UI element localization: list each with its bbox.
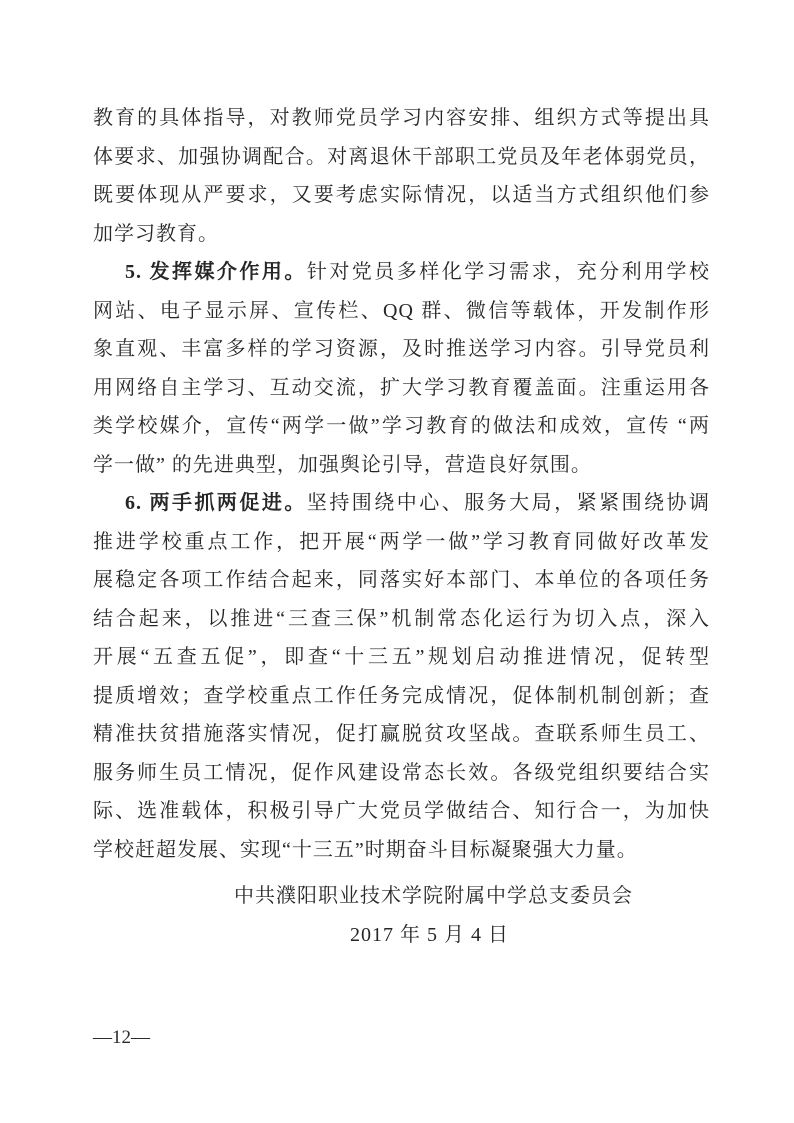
text-line: 象直观、丰富多样的学习资源，及时推送学习内容。引导党员利 xyxy=(93,330,710,369)
text-line: 5. 发挥媒介作用。针对党员多样化学习需求，充分利用学校 xyxy=(93,253,710,292)
text-run: 用网络自主学习、互动交流，扩大学习教育覆盖面。注重运用各 xyxy=(93,377,710,399)
text-line: 类学校媒介，宣传“两学一做”学习教育的做法和成效，宣传 “两 xyxy=(93,407,710,446)
text-line: 服务师生员工情况，促作风建设常态长效。各级党组织要结合实 xyxy=(93,754,710,793)
text-run: 坚持围绕中心、服务大局，紧紧围绕协调 xyxy=(307,492,710,514)
text-run: 体要求、加强协调配合。对离退休干部职工党员及年老体弱党员， xyxy=(93,146,710,168)
text-run: 学一做” 的先进典型，加强舆论引导，营造良好氛围。 xyxy=(93,454,592,476)
text-line: 用网络自主学习、互动交流，扩大学习教育覆盖面。注重运用各 xyxy=(93,369,710,408)
text-run: 网站、电子显示屏、宣传栏、QQ 群、微信等载体，开发制作形 xyxy=(93,300,710,322)
paragraph-heading: 5. 发挥媒介作用。 xyxy=(125,261,307,283)
text-run: 类学校媒介，宣传“两学一做”学习教育的做法和成效，宣传 “两 xyxy=(93,415,710,437)
text-run: 加学习教育。 xyxy=(93,223,219,245)
text-run: 提质增效；查学校重点工作任务完成情况，促体制机制创新；查 xyxy=(93,685,710,707)
signature-line: 中共濮阳职业技术学院附属中学总支委员会 xyxy=(93,877,710,916)
signature-block: 中共濮阳职业技术学院附属中学总支委员会 2017 年 5 月 4 日 xyxy=(93,877,710,954)
text-line: 际、选准载体，积极引导广大党员学做结合、知行合一，为加快 xyxy=(93,792,710,831)
text-line: 学一做” 的先进典型，加强舆论引导，营造良好氛围。 xyxy=(93,446,710,485)
text-line: 教育的具体指导，对教师党员学习内容安排、组织方式等提出具 xyxy=(93,99,710,138)
text-line: 加学习教育。 xyxy=(93,215,710,254)
text-run: 既要体现从严要求，又要考虑实际情况，以适当方式组织他们参 xyxy=(93,184,710,206)
text-line: 提质增效；查学校重点工作任务完成情况，促体制机制创新；查 xyxy=(93,677,710,716)
text-line: 体要求、加强协调配合。对离退休干部职工党员及年老体弱党员， xyxy=(93,138,710,177)
text-line: 学校赶超发展、实现“十三五”时期奋斗目标凝聚强大力量。 xyxy=(93,831,710,870)
text-line: 6. 两手抓两促进。坚持围绕中心、服务大局，紧紧围绕协调 xyxy=(93,484,710,523)
text-run: 际、选准载体，积极引导广大党员学做结合、知行合一，为加快 xyxy=(93,800,710,822)
text-run: 针对党员多样化学习需求，充分利用学校 xyxy=(307,261,710,283)
document-page: 教育的具体指导，对教师党员学习内容安排、组织方式等提出具体要求、加强协调配合。对… xyxy=(0,0,794,1123)
text-line: 精准扶贫措施落实情况，促打赢脱贫攻坚战。查联系师生员工、 xyxy=(93,715,710,754)
text-line: 推进学校重点工作，把开展“两学一做”学习教育同做好改革发 xyxy=(93,523,710,562)
date-line: 2017 年 5 月 4 日 xyxy=(93,916,710,955)
text-line: 开展“五查五促”，即查“十三五”规划启动推进情况，促转型 xyxy=(93,638,710,677)
text-line: 结合起来，以推进“三查三保”机制常态化运行为切入点，深入 xyxy=(93,600,710,639)
text-line: 展稳定各项工作结合起来，同落实好本部门、本单位的各项任务 xyxy=(93,561,710,600)
text-run: 学校赶超发展、实现“十三五”时期奋斗目标凝聚强大力量。 xyxy=(93,839,638,861)
paragraph-heading: 6. 两手抓两促进。 xyxy=(125,492,307,514)
text-run: 教育的具体指导，对教师党员学习内容安排、组织方式等提出具 xyxy=(93,107,710,129)
text-run: 象直观、丰富多样的学习资源，及时推送学习内容。引导党员利 xyxy=(93,338,710,360)
text-run: 服务师生员工情况，促作风建设常态长效。各级党组织要结合实 xyxy=(93,762,710,784)
document-body: 教育的具体指导，对教师党员学习内容安排、组织方式等提出具体要求、加强协调配合。对… xyxy=(93,99,710,869)
text-run: 推进学校重点工作，把开展“两学一做”学习教育同做好改革发 xyxy=(93,531,710,553)
text-run: 精准扶贫措施落实情况，促打赢脱贫攻坚战。查联系师生员工、 xyxy=(93,723,710,745)
text-run: 开展“五查五促”，即查“十三五”规划启动推进情况，促转型 xyxy=(93,646,710,668)
text-run: 展稳定各项工作结合起来，同落实好本部门、本单位的各项任务 xyxy=(93,569,710,591)
text-line: 网站、电子显示屏、宣传栏、QQ 群、微信等载体，开发制作形 xyxy=(93,292,710,331)
text-run: 结合起来，以推进“三查三保”机制常态化运行为切入点，深入 xyxy=(93,608,710,630)
page-number: —12— xyxy=(93,1028,150,1048)
text-line: 既要体现从严要求，又要考虑实际情况，以适当方式组织他们参 xyxy=(93,176,710,215)
